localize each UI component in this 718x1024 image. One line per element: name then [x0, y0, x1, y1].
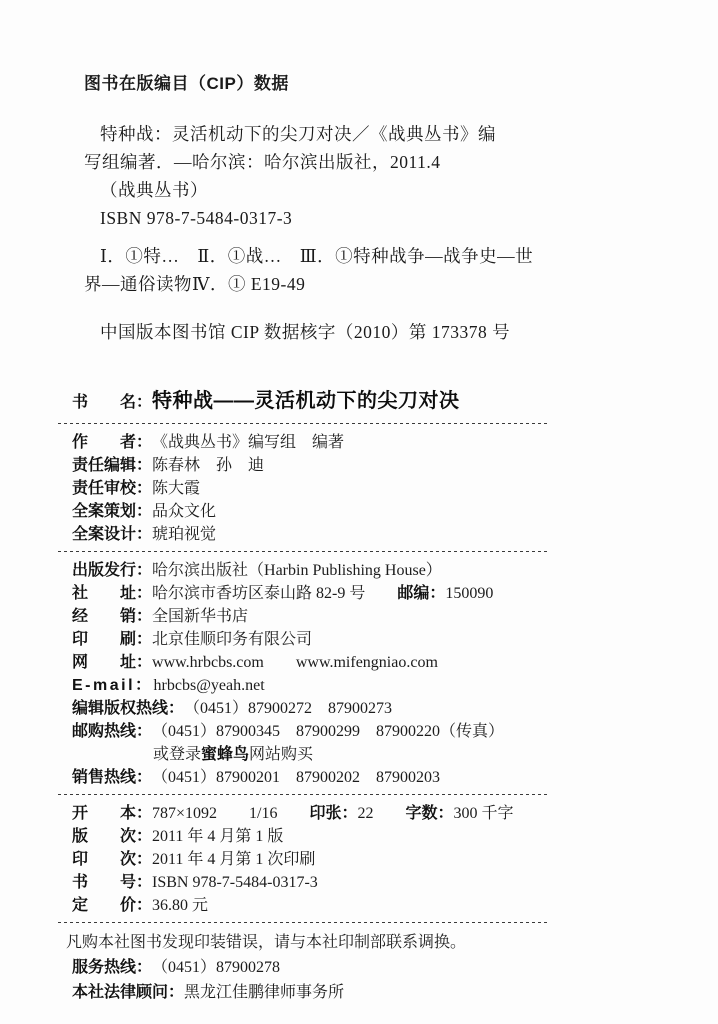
cip-isbn-line: ISBN 978-7-5484-0317-3 — [84, 204, 658, 232]
row-value-segment: 或登录 — [153, 746, 201, 763]
row-value: 北京佳顺印务有限公司 — [152, 628, 312, 651]
colophon-row: 经 销： 全国新华书店 — [58, 605, 658, 628]
row-value-segment: 凡购本社图书发现印装错误，请与本社印制部联系调换。 — [66, 934, 466, 951]
row-value-segment: 哈尔滨市香坊区泰山路 82-9 号 — [152, 585, 397, 602]
row-value-segment: （0451）87900272 87900273 — [184, 700, 392, 717]
colophon-row: 销售热线： （0451）87900201 87900202 87900203 — [58, 766, 658, 789]
row-label: 编辑版权热线： — [72, 697, 184, 720]
row-value: 黑龙江佳鹏律师事务所 — [184, 980, 344, 1005]
row-label: E-mail： — [72, 674, 154, 697]
colophon-row: 开 本： 787×1092 1/16 印张：22 字数：300 千字 — [58, 802, 658, 825]
dotted-divider — [58, 422, 548, 424]
row-value: 《战典丛书》编写组 编著 — [152, 431, 344, 454]
row-value-segment: （0451）87900201 87900202 87900203 — [152, 769, 440, 786]
colophon-row: 书 名： 特种战——灵活机动下的尖刀对决 — [58, 386, 658, 418]
row-label: 邮购热线： — [72, 720, 152, 743]
colophon-row: E-mail： hrbcbs@yeah.net — [58, 674, 658, 697]
colophon-row: 服务热线： （0451）87900278 — [58, 955, 658, 980]
row-value: 哈尔滨市香坊区泰山路 82-9 号 邮编：150090 — [152, 582, 493, 605]
row-value-segment: www.hrbcbs.com www.mifengniao.com — [152, 654, 438, 671]
colophon-row: 凡购本社图书发现印装错误，请与本社印制部联系调换。 — [58, 930, 658, 955]
row-value-segment: 300 千字 — [454, 805, 514, 822]
row-label: 责任审校： — [72, 477, 152, 500]
row-value-segment: 蜜蜂鸟 — [201, 746, 249, 763]
row-value-segment: 品众文化 — [152, 503, 216, 520]
row-value-segment: 黑龙江佳鹏律师事务所 — [184, 984, 344, 1001]
row-value: 特种战——灵活机动下的尖刀对决 — [152, 386, 460, 416]
row-label: 版 次： — [72, 825, 152, 848]
colophon-row: 或登录蜜蜂鸟网站购买 — [58, 743, 658, 766]
colophon-row: 印 刷： 北京佳顺印务有限公司 — [58, 628, 658, 651]
row-label: 责任编辑： — [72, 454, 152, 477]
row-value-segment: 哈尔滨出版社（Harbin Publishing House） — [152, 562, 442, 579]
row-label: 销售热线： — [72, 766, 152, 789]
row-value-segment: 邮编： — [397, 585, 445, 602]
row-label: 开 本： — [72, 802, 152, 825]
row-label: 网 址： — [72, 651, 152, 674]
row-label: 全案策划： — [72, 500, 152, 523]
dotted-divider — [58, 550, 548, 552]
colophon-row: 邮购热线： （0451）87900345 87900299 87900220（传… — [58, 720, 658, 743]
dotted-divider — [58, 793, 548, 795]
row-value: （0451）87900278 — [152, 955, 280, 980]
colophon-row: 全案设计： 琥珀视觉 — [58, 523, 658, 546]
row-label: 印 刷： — [72, 628, 152, 651]
row-label: 经 销： — [72, 605, 152, 628]
row-value: 2011 年 4 月第 1 次印刷 — [152, 848, 315, 871]
row-value-segment: 网站购买 — [249, 746, 313, 763]
cip-class-line-1: Ⅰ．①特… Ⅱ．①战… Ⅲ．①特种战争—战争史—世 — [84, 242, 658, 270]
row-value-segment: hrbcbs@yeah.net — [154, 677, 265, 694]
colophon-rows: 书 名： 特种战——灵活机动下的尖刀对决 作 者： 《战典丛书》编写组 编著 责… — [0, 386, 718, 1005]
row-value-segment: 全国新华书店 — [152, 608, 248, 625]
dotted-divider — [58, 921, 548, 923]
row-value-segment: 字数： — [406, 805, 454, 822]
row-value: （0451）87900272 87900273 — [184, 697, 392, 720]
row-label: 定 价： — [72, 894, 152, 917]
row-label: 书 号： — [72, 871, 152, 894]
colophon-row: 全案策划： 品众文化 — [58, 500, 658, 523]
row-value-segment: 《战典丛书》编写组 编著 — [152, 434, 344, 451]
colophon-row: 编辑版权热线： （0451）87900272 87900273 — [58, 697, 658, 720]
cip-class-line-2: 界—通俗读物Ⅳ．① E19-49 — [84, 270, 658, 298]
cip-series-note: （战典丛书） — [84, 176, 658, 204]
row-value: 36.80 元 — [152, 894, 208, 917]
row-value-segment: ISBN 978-7-5484-0317-3 — [152, 874, 318, 891]
row-value: 787×1092 1/16 印张：22 字数：300 千字 — [152, 802, 514, 825]
row-value-segment: 特种战——灵活机动下的尖刀对决 — [152, 390, 460, 412]
row-value: 陈春林 孙 迪 — [152, 454, 264, 477]
row-label: 书 名： — [72, 388, 152, 418]
row-value: 陈大霞 — [152, 477, 200, 500]
row-value-segment: 陈春林 孙 迪 — [152, 457, 264, 474]
colophon-row: 印 次： 2011 年 4 月第 1 次印刷 — [58, 848, 658, 871]
colophon-row: 出版发行： 哈尔滨出版社（Harbin Publishing House） — [58, 559, 658, 582]
row-value: 品众文化 — [152, 500, 216, 523]
row-value: www.hrbcbs.com www.mifengniao.com — [152, 651, 438, 674]
row-value-segment: 琥珀视觉 — [152, 526, 216, 543]
row-value-segment: 150090 — [445, 585, 493, 602]
cip-record-line-1: 特种战：灵活机动下的尖刀对决／《战典丛书》编 — [84, 120, 658, 148]
row-value-segment: （0451）87900345 87900299 87900220（传真） — [152, 723, 504, 740]
colophon-row: 责任审校： 陈大霞 — [58, 477, 658, 500]
cip-registry-line: 中国版本图书馆 CIP 数据核字（2010）第 173378 号 — [84, 318, 658, 346]
colophon-row: 版 次： 2011 年 4 月第 1 版 — [58, 825, 658, 848]
row-value: （0451）87900201 87900202 87900203 — [152, 766, 440, 789]
row-value-segment: 787×1092 1/16 — [152, 805, 309, 822]
row-label: 服务热线： — [72, 955, 152, 980]
row-value-segment: 36.80 元 — [152, 897, 208, 914]
row-value-segment: 2011 年 4 月第 1 版 — [152, 828, 283, 845]
row-value: 或登录蜜蜂鸟网站购买 — [153, 743, 313, 766]
row-value: 凡购本社图书发现印装错误，请与本社印制部联系调换。 — [66, 930, 466, 955]
cip-header: 图书在版编目（CIP）数据 — [84, 70, 658, 98]
colophon-row: 书 号： ISBN 978-7-5484-0317-3 — [58, 871, 658, 894]
row-value: （0451）87900345 87900299 87900220（传真） — [152, 720, 504, 743]
row-label: 本社法律顾问： — [72, 980, 184, 1005]
row-value-segment: 22 — [358, 805, 406, 822]
row-value: 全国新华书店 — [152, 605, 248, 628]
cip-record-line-2: 写组编著．—哈尔滨：哈尔滨出版社，2011.4 — [84, 148, 658, 176]
row-value-segment: 陈大霞 — [152, 480, 200, 497]
colophon-row: 作 者： 《战典丛书》编写组 编著 — [58, 431, 658, 454]
row-label: 作 者： — [72, 431, 152, 454]
row-value: hrbcbs@yeah.net — [154, 674, 265, 697]
row-value-segment: 2011 年 4 月第 1 次印刷 — [152, 851, 315, 868]
row-label: 出版发行： — [72, 559, 152, 582]
row-label: 印 次： — [72, 848, 152, 871]
colophon-row: 定 价： 36.80 元 — [58, 894, 658, 917]
row-value-segment: （0451）87900278 — [152, 959, 280, 976]
colophon-row: 社 址： 哈尔滨市香坊区泰山路 82-9 号 邮编：150090 — [58, 582, 658, 605]
colophon-row: 本社法律顾问： 黑龙江佳鹏律师事务所 — [58, 980, 658, 1005]
row-value-segment: 印张： — [310, 805, 358, 822]
cip-block: 图书在版编目（CIP）数据 特种战：灵活机动下的尖刀对决／《战典丛书》编 写组编… — [0, 70, 718, 346]
colophon-row: 责任编辑： 陈春林 孙 迪 — [58, 454, 658, 477]
row-value: 哈尔滨出版社（Harbin Publishing House） — [152, 559, 442, 582]
row-value-segment: 北京佳顺印务有限公司 — [152, 631, 312, 648]
scanned-copyright-page: 图书在版编目（CIP）数据 特种战：灵活机动下的尖刀对决／《战典丛书》编 写组编… — [0, 0, 718, 1024]
row-value: 2011 年 4 月第 1 版 — [152, 825, 283, 848]
row-label: 全案设计： — [72, 523, 152, 546]
row-label: 社 址： — [72, 582, 152, 605]
colophon-row: 网 址： www.hrbcbs.com www.mifengniao.com — [58, 651, 658, 674]
row-value: 琥珀视觉 — [152, 523, 216, 546]
row-value: ISBN 978-7-5484-0317-3 — [152, 871, 318, 894]
